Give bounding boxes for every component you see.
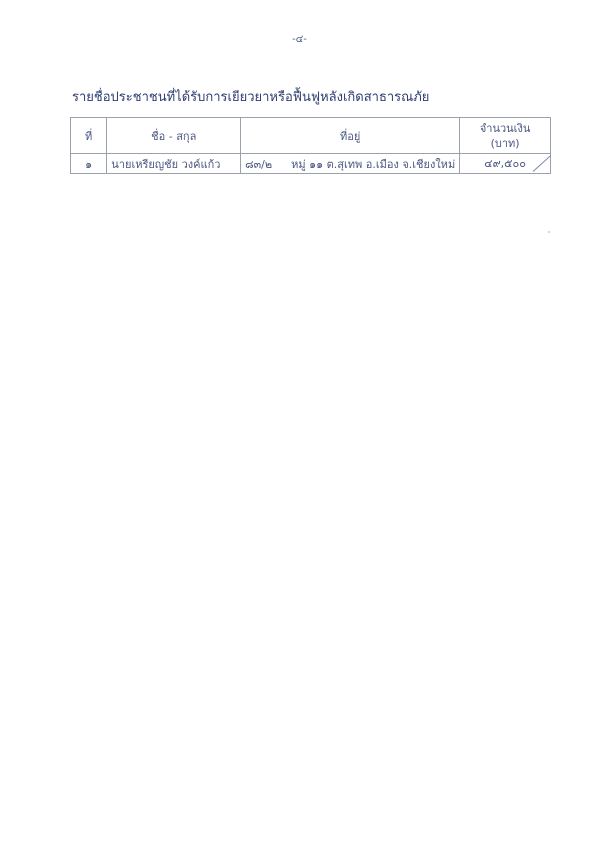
table-header-row: ที่ ชื่อ - สกุล ที่อยู่ จำนวนเงิน (บาท) xyxy=(71,118,551,154)
header-amount: จำนวนเงิน (บาท) xyxy=(460,118,551,154)
header-address: ที่อยู่ xyxy=(241,118,460,154)
recipients-table: ที่ ชื่อ - สกุล ที่อยู่ จำนวนเงิน (บาท) … xyxy=(70,117,551,174)
header-amount-line1: จำนวนเงิน xyxy=(480,122,531,135)
page-number: -๔- xyxy=(0,32,599,47)
header-no: ที่ xyxy=(71,118,107,154)
scan-speck xyxy=(548,231,550,233)
cell-address: ๘๓/๒หมู่ ๑๑ ต.สุเทพ อ.เมือง จ.เชียงใหม่ xyxy=(241,154,460,174)
cell-house-number: ๘๓/๒ xyxy=(245,155,291,173)
header-amount-line2: (บาท) xyxy=(491,137,520,150)
cell-amount: ๔๙,๕๐๐ xyxy=(460,154,551,174)
header-name: ชื่อ - สกุล xyxy=(107,118,241,154)
cell-address-text: หมู่ ๑๑ ต.สุเทพ อ.เมือง จ.เชียงใหม่ xyxy=(291,158,455,171)
cell-no: ๑ xyxy=(71,154,107,174)
cell-name: นายเหรียญชัย วงค์แก้ว xyxy=(107,154,241,174)
section-title: รายชื่อประชาชนที่ได้รับการเยียวยาหรือฟื้… xyxy=(72,86,429,107)
table-row: ๑ นายเหรียญชัย วงค์แก้ว ๘๓/๒หมู่ ๑๑ ต.สุ… xyxy=(71,154,551,174)
